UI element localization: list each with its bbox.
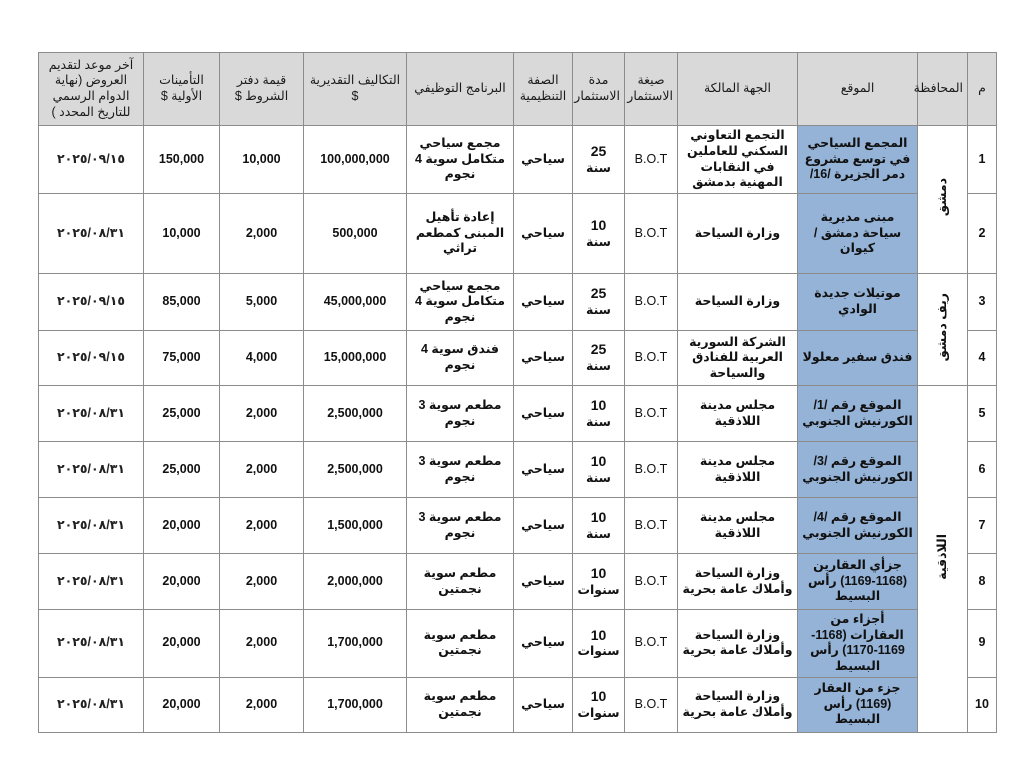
table-row: 6الموقع رقم /3/ الكورنيش الجنوبيمجلس مدي… [39,442,997,498]
investment-form-cell: B.O.T [625,442,678,498]
header-governorate: المحافظة [918,53,968,126]
duration-cell: 10سنوات [573,554,625,610]
header-investment-form: صيغة الاستثمار [625,53,678,126]
specs-price-cell: 10,000 [220,126,304,194]
row-index: 9 [968,610,997,678]
investment-form-cell: B.O.T [625,610,678,678]
table-row: 2مبنى مديرية سياحة دمشق / كيوانوزارة الس… [39,194,997,274]
duration-number: 25 [591,341,607,357]
program-cell: مطعم سوية نجمتين [407,610,514,678]
governorate-label: اللاذقية [935,534,951,580]
investment-form-cell: B.O.T [625,274,678,331]
deadline-cell: ٢٠٢٥/٠٨/٣١ [39,610,144,678]
initial-deposit-cell: 20,000 [144,554,220,610]
owner-cell: مجلس مدينة اللاذقية [678,386,798,442]
duration-number: 10 [591,217,607,233]
table-row: 4فندق سفير معلولاالشركة السورية العربية … [39,331,997,386]
duration-unit: سنة [586,235,611,249]
zoning-cell: سياحي [514,126,573,194]
estimated-cost-cell: 15,000,000 [304,331,407,386]
initial-deposit-cell: 20,000 [144,677,220,732]
table-row: 8جزأي العقارين (1168-1169) رأس البسيطوزا… [39,554,997,610]
location-cell: المجمع السياحي في توسع مشروع دمر الجزيرة… [798,126,918,194]
estimated-cost-cell: 1,700,000 [304,677,407,732]
header-row: م المحافظة الموقع الجهة المالكة صيغة الا… [39,53,997,126]
deadline-cell: ٢٠٢٥/٠٨/٣١ [39,677,144,732]
duration-unit: سنوات [577,706,619,720]
zoning-cell: سياحي [514,554,573,610]
estimated-cost-cell: 2,500,000 [304,442,407,498]
duration-number: 10 [591,688,607,704]
initial-deposit-cell: 20,000 [144,498,220,554]
estimated-cost-cell: 1,500,000 [304,498,407,554]
specs-price-cell: 2,000 [220,194,304,274]
deadline-cell: ٢٠٢٥/٠٩/١٥ [39,331,144,386]
deadline-cell: ٢٠٢٥/٠٨/٣١ [39,498,144,554]
owner-cell: وزارة السياحة وأملاك عامة بحرية [678,610,798,678]
duration-number: 25 [591,285,607,301]
duration-number: 10 [591,397,607,413]
duration-unit: سنوات [577,644,619,658]
initial-deposit-cell: 75,000 [144,331,220,386]
specs-price-cell: 2,000 [220,677,304,732]
investment-form-cell: B.O.T [625,194,678,274]
initial-deposit-cell: 25,000 [144,442,220,498]
zoning-cell: سياحي [514,498,573,554]
duration-unit: سنة [586,359,611,373]
zoning-cell: سياحي [514,677,573,732]
owner-cell: وزارة السياحة وأملاك عامة بحرية [678,677,798,732]
location-cell: الموقع رقم /3/ الكورنيش الجنوبي [798,442,918,498]
row-index: 5 [968,386,997,442]
header-estimated-cost: التكاليف التقديرية $ [304,53,407,126]
estimated-cost-cell: 2,500,000 [304,386,407,442]
header-deadline: آخر موعد لتقديم العروض (نهاية الدوام الر… [39,53,144,126]
investment-form-cell: B.O.T [625,386,678,442]
row-index: 6 [968,442,997,498]
duration-unit: سنة [586,471,611,485]
duration-number: 25 [591,143,607,159]
program-cell: مطعم سوية نجمتين [407,677,514,732]
owner-cell: مجلس مدينة اللاذقية [678,498,798,554]
initial-deposit-cell: 85,000 [144,274,220,331]
specs-price-cell: 4,000 [220,331,304,386]
header-zoning: الصفة التنظيمية [514,53,573,126]
owner-cell: وزارة السياحة وأملاك عامة بحرية [678,554,798,610]
duration-unit: سنة [586,161,611,175]
zoning-cell: سياحي [514,274,573,331]
investment-form-cell: B.O.T [625,126,678,194]
table-row: 1دمشقالمجمع السياحي في توسع مشروع دمر ال… [39,126,997,194]
duration-number: 10 [591,565,607,581]
program-cell: مطعم سوية 3 نجوم [407,498,514,554]
owner-cell: التجمع التعاوني السكني للعاملين في النقا… [678,126,798,194]
table-row: 10جزء من العقار (1169) رأس البسيطوزارة ا… [39,677,997,732]
duration-unit: سنوات [577,583,619,597]
program-cell: مطعم سوية نجمتين [407,554,514,610]
duration-unit: سنة [586,303,611,317]
duration-cell: 10 سنة [573,442,625,498]
estimated-cost-cell: 2,000,000 [304,554,407,610]
duration-cell: 10 سنة [573,386,625,442]
deadline-cell: ٢٠٢٥/٠٩/١٥ [39,274,144,331]
location-cell: مبنى مديرية سياحة دمشق / كيوان [798,194,918,274]
duration-cell: 10سنوات [573,610,625,678]
header-location: الموقع [798,53,918,126]
specs-price-cell: 2,000 [220,554,304,610]
header-duration: مدة الاستثمار [573,53,625,126]
estimated-cost-cell: 500,000 [304,194,407,274]
location-cell: الموقع رقم /1/ الكورنيش الجنوبي [798,386,918,442]
program-cell: مطعم سوية 3 نجوم [407,442,514,498]
program-cell: إعادة تأهيل المبنى كمطعم تراثي [407,194,514,274]
duration-cell: 10سنوات [573,677,625,732]
duration-number: 10 [591,509,607,525]
header-index: م [968,53,997,126]
governorate-label: ريف دمشق [935,293,951,361]
zoning-cell: سياحي [514,194,573,274]
owner-cell: مجلس مدينة اللاذقية [678,442,798,498]
program-cell: فندق سوية 4 نجوم [407,331,514,386]
location-cell: الموقع رقم /4/ الكورنيش الجنوبي [798,498,918,554]
table-row: 3ريف دمشقموتيلات جديدة الواديوزارة السيا… [39,274,997,331]
initial-deposit-cell: 25,000 [144,386,220,442]
deadline-cell: ٢٠٢٥/٠٨/٣١ [39,442,144,498]
specs-price-cell: 2,000 [220,498,304,554]
duration-cell: 10 سنة [573,498,625,554]
location-cell: جزأي العقارين (1168-1169) رأس البسيط [798,554,918,610]
governorate-cell: اللاذقية [918,386,968,733]
investment-form-cell: B.O.T [625,331,678,386]
table-row: 9أجزاء من العقارات (1168-1169-1170) رأس … [39,610,997,678]
header-specs-price: قيمة دفتر الشروط $ [220,53,304,126]
estimated-cost-cell: 100,000,000 [304,126,407,194]
row-index: 3 [968,274,997,331]
estimated-cost-cell: 1,700,000 [304,610,407,678]
location-cell: أجزاء من العقارات (1168-1169-1170) رأس ا… [798,610,918,678]
header-owner: الجهة المالكة [678,53,798,126]
duration-cell: 25 سنة [573,274,625,331]
deadline-cell: ٢٠٢٥/٠٩/١٥ [39,126,144,194]
governorate-cell: ريف دمشق [918,274,968,386]
duration-number: 10 [591,453,607,469]
investment-form-cell: B.O.T [625,677,678,732]
deadline-cell: ٢٠٢٥/٠٨/٣١ [39,386,144,442]
zoning-cell: سياحي [514,386,573,442]
initial-deposit-cell: 150,000 [144,126,220,194]
row-index: 8 [968,554,997,610]
table-row: 7الموقع رقم /4/ الكورنيش الجنوبيمجلس مدي… [39,498,997,554]
estimated-cost-cell: 45,000,000 [304,274,407,331]
header-initial-deposit: التأمينات الأولية $ [144,53,220,126]
duration-unit: سنة [586,527,611,541]
row-index: 1 [968,126,997,194]
duration-number: 10 [591,627,607,643]
zoning-cell: سياحي [514,610,573,678]
specs-price-cell: 2,000 [220,386,304,442]
owner-cell: وزارة السياحة [678,194,798,274]
specs-price-cell: 2,000 [220,610,304,678]
duration-cell: 25 سنة [573,331,625,386]
row-index: 4 [968,331,997,386]
row-index: 10 [968,677,997,732]
duration-unit: سنة [586,415,611,429]
owner-cell: الشركة السورية العربية للفنادق والسياحة [678,331,798,386]
deadline-cell: ٢٠٢٥/٠٨/٣١ [39,194,144,274]
program-cell: مجمع سياحي متكامل سوية 4 نجوم [407,126,514,194]
program-cell: مطعم سوية 3 نجوم [407,386,514,442]
zoning-cell: سياحي [514,331,573,386]
location-cell: فندق سفير معلولا [798,331,918,386]
initial-deposit-cell: 10,000 [144,194,220,274]
duration-cell: 25 سنة [573,126,625,194]
row-index: 2 [968,194,997,274]
investment-form-cell: B.O.T [625,498,678,554]
header-program: البرنامج التوظيفي [407,53,514,126]
program-cell: مجمع سياحي متكامل سوية 4 نجوم [407,274,514,331]
location-cell: موتيلات جديدة الوادي [798,274,918,331]
governorate-cell: دمشق [918,126,968,274]
table-row: 5اللاذقيةالموقع رقم /1/ الكورنيش الجنوبي… [39,386,997,442]
investment-opportunities-table: م المحافظة الموقع الجهة المالكة صيغة الا… [38,52,997,733]
deadline-cell: ٢٠٢٥/٠٨/٣١ [39,554,144,610]
specs-price-cell: 5,000 [220,274,304,331]
initial-deposit-cell: 20,000 [144,610,220,678]
owner-cell: وزارة السياحة [678,274,798,331]
duration-cell: 10 سنة [573,194,625,274]
location-cell: جزء من العقار (1169) رأس البسيط [798,677,918,732]
specs-price-cell: 2,000 [220,442,304,498]
row-index: 7 [968,498,997,554]
investment-form-cell: B.O.T [625,554,678,610]
zoning-cell: سياحي [514,442,573,498]
governorate-label: دمشق [935,178,951,216]
